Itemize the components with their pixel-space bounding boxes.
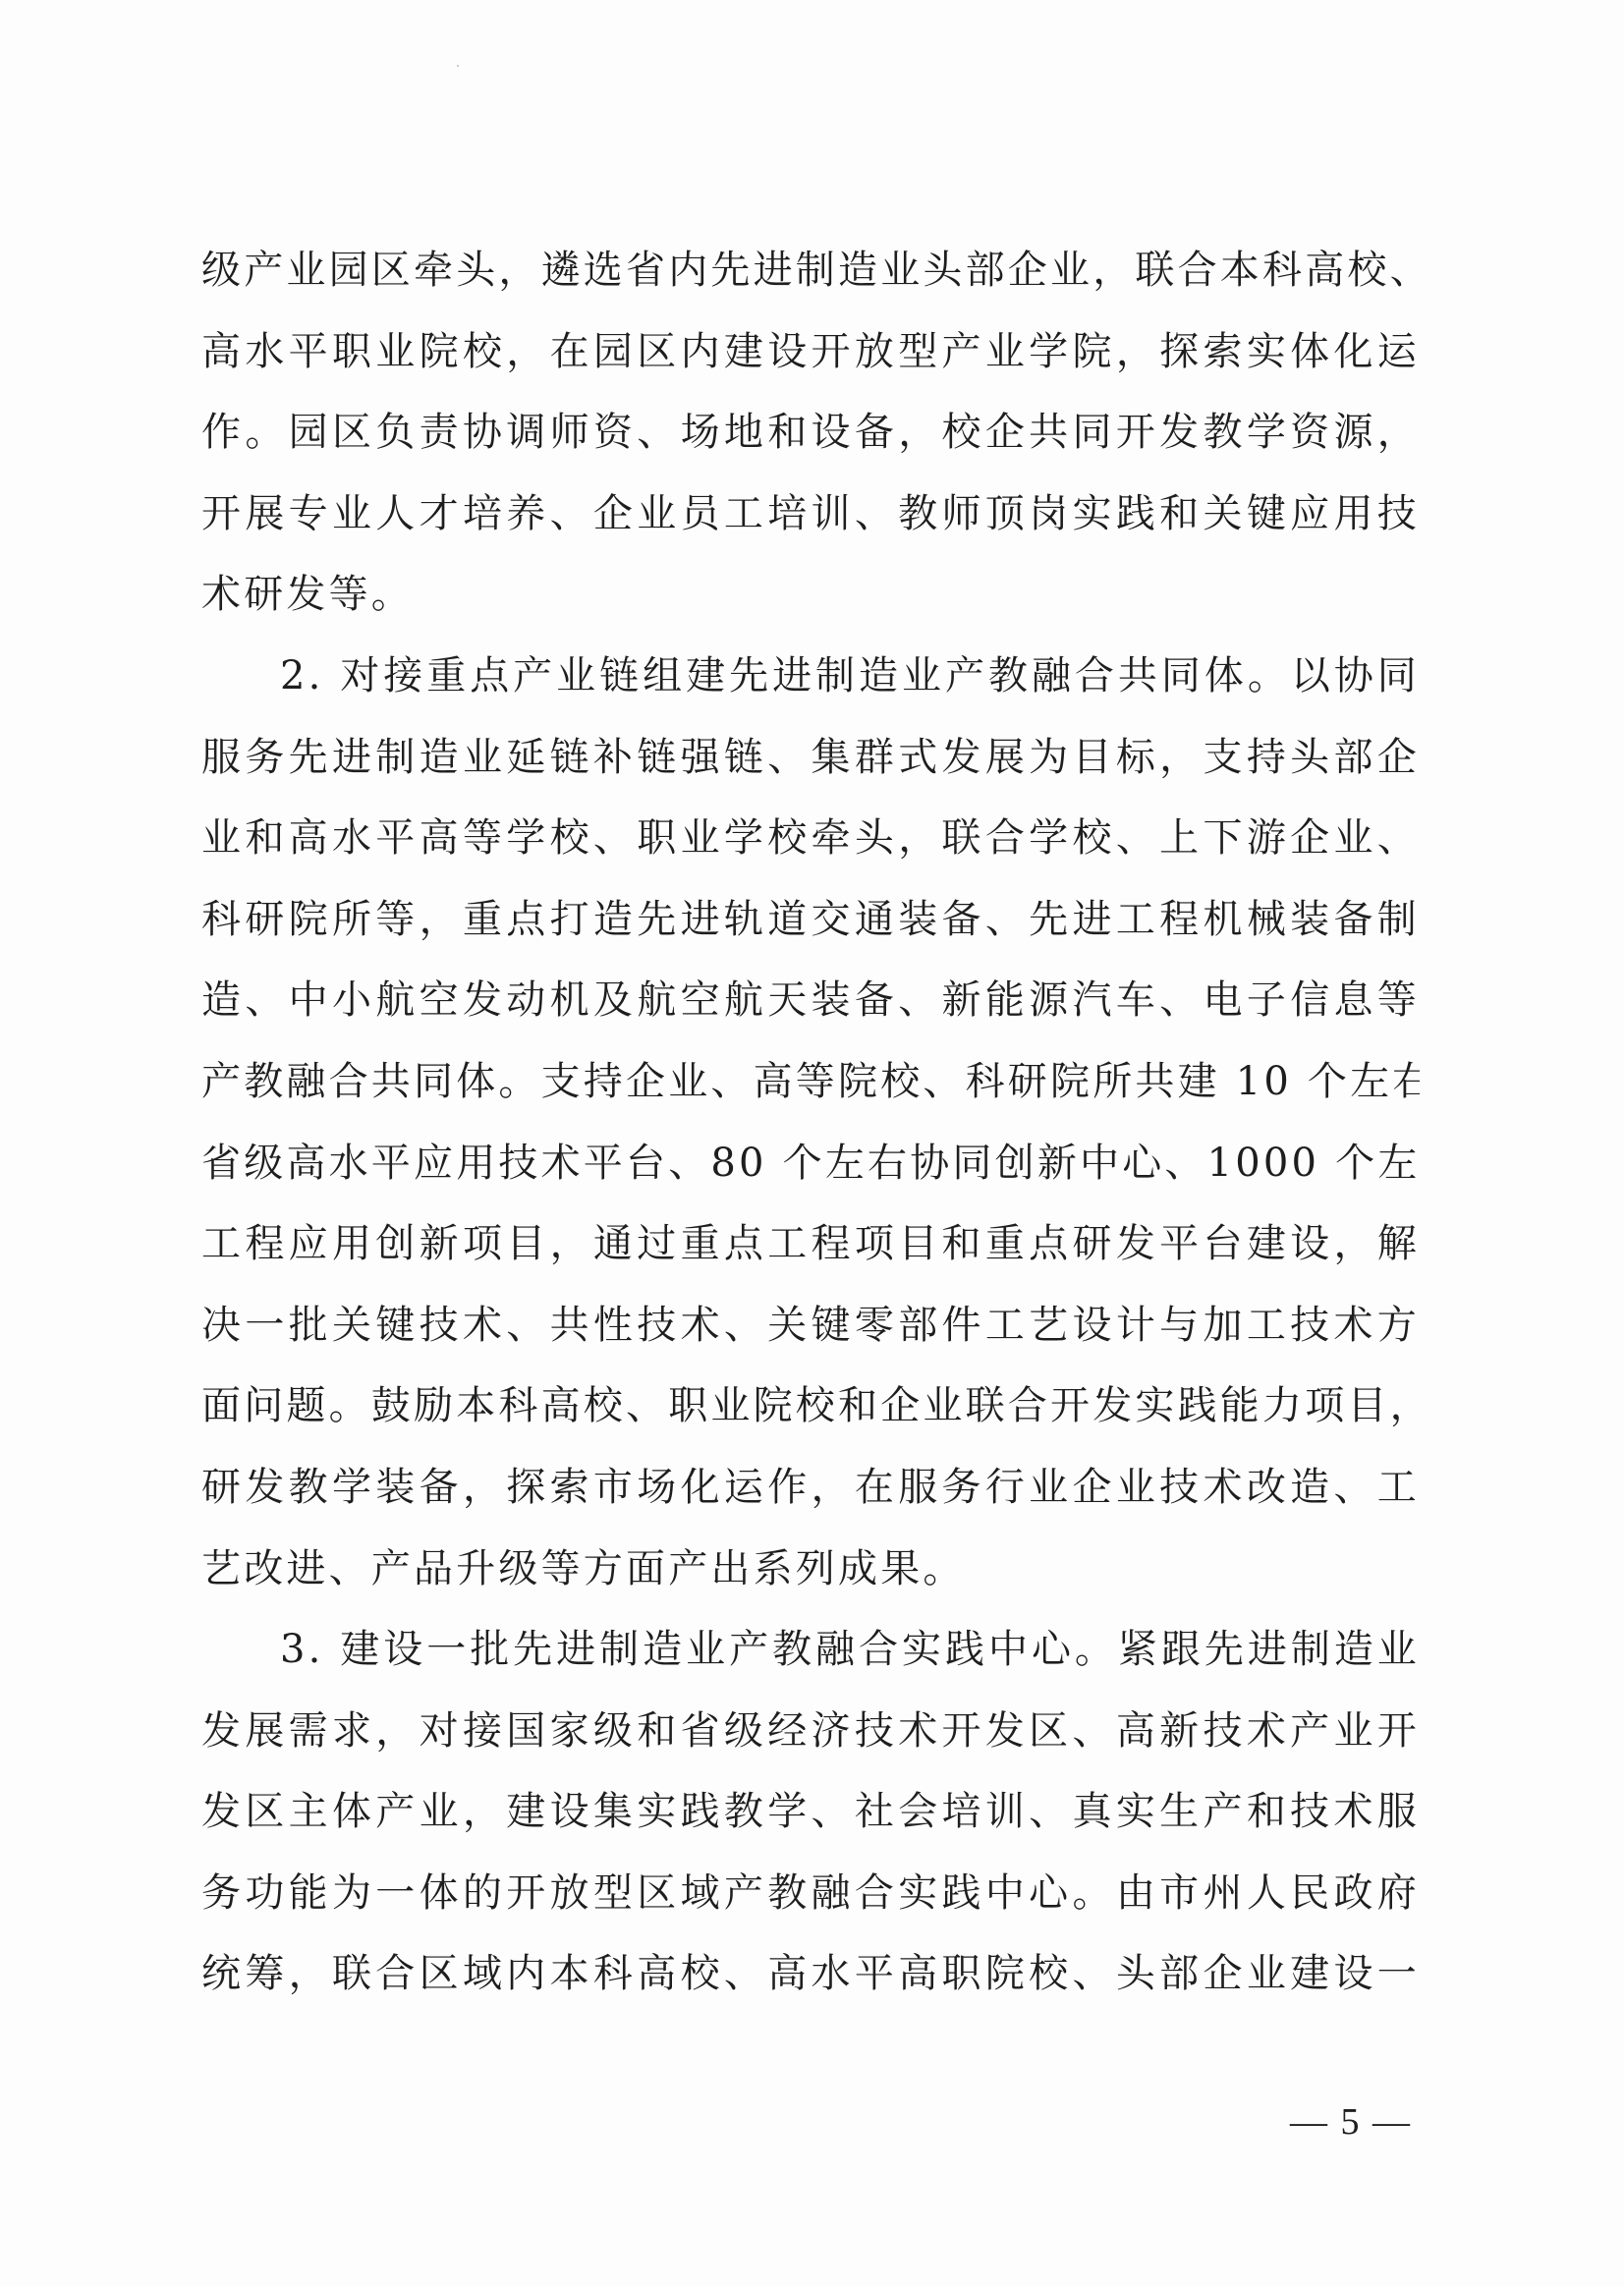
- text-line: 级产业园区牵头，遴选省内先进制造业头部企业，联合本科高校、: [201, 230, 1420, 311]
- scan-artifact: [457, 65, 459, 67]
- text-line: 造、中小航空发动机及航空航天装备、新能源汽车、电子信息等: [201, 960, 1420, 1041]
- text-line: 工程应用创新项目，通过重点工程项目和重点研发平台建设，解: [201, 1203, 1420, 1285]
- text-line: 发区主体产业，建设集实践教学、社会培训、真实生产和技术服: [201, 1771, 1420, 1853]
- text-line: 省级高水平应用技术平台、80 个左右协同创新中心、1000 个左右: [201, 1123, 1420, 1204]
- text-line: 务功能为一体的开放型区域产教融合实践中心。由市州人民政府: [201, 1853, 1420, 1934]
- document-page: 级产业园区牵头，遴选省内先进制造业头部企业，联合本科高校、 高水平职业院校，在园…: [0, 0, 1624, 2286]
- text-line: 统筹，联合区域内本科高校、高水平高职院校、头部企业建设一: [201, 1933, 1420, 2015]
- document-body: 级产业园区牵头，遴选省内先进制造业头部企业，联合本科高校、 高水平职业院校，在园…: [201, 230, 1420, 2015]
- text-line: 高水平职业院校，在园区内建设开放型产业学院，探索实体化运: [201, 311, 1420, 393]
- text-line: 艺改进、产品升级等方面产出系列成果。: [201, 1529, 1420, 1610]
- page-number: — 5 —: [1290, 2100, 1412, 2144]
- text-line: 作。园区负责协调师资、场地和设备，校企共同开发教学资源，: [201, 392, 1420, 474]
- text-line: 决一批关键技术、共性技术、关键零部件工艺设计与加工技术方: [201, 1285, 1420, 1366]
- item-2-heading-line: 2. 对接重点产业链组建先进制造业产教融合共同体。以协同: [201, 636, 1420, 717]
- text-line: 服务先进制造业延链补链强链、集群式发展为目标，支持头部企: [201, 717, 1420, 799]
- item-3-heading-line: 3. 建设一批先进制造业产教融合实践中心。紧跟先进制造业: [201, 1609, 1420, 1691]
- text-line: 开展专业人才培养、企业员工培训、教师顶岗实践和关键应用技: [201, 474, 1420, 555]
- text-line: 面问题。鼓励本科高校、职业院校和企业联合开发实践能力项目，: [201, 1366, 1420, 1447]
- text-line: 业和高水平高等学校、职业学校牵头，联合学校、上下游企业、: [201, 798, 1420, 879]
- text-line: 科研院所等，重点打造先进轨道交通装备、先进工程机械装备制: [201, 879, 1420, 961]
- text-line: 发展需求，对接国家级和省级经济技术开发区、高新技术产业开: [201, 1691, 1420, 1772]
- text-line: 术研发等。: [201, 554, 1420, 636]
- text-line: 研发教学装备，探索市场化运作，在服务行业企业技术改造、工: [201, 1447, 1420, 1529]
- text-line: 产教融合共同体。支持企业、高等院校、科研院所共建 10 个左右: [201, 1041, 1420, 1123]
